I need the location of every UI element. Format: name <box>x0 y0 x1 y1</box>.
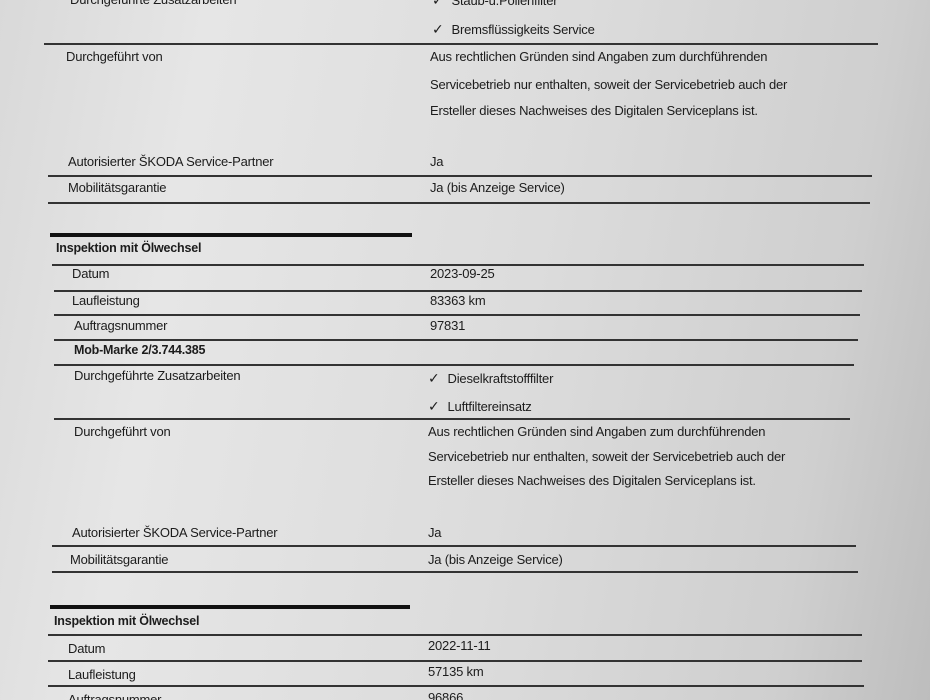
value-laufleistung: 57135 km <box>428 664 484 679</box>
section-rule <box>50 233 412 237</box>
legal-note-line: Aus rechtlichen Gründen sind Angaben zum… <box>428 424 765 439</box>
divider <box>54 290 862 292</box>
divider <box>48 202 870 204</box>
label-datum: Datum <box>72 266 109 281</box>
label-mobilitaetsgarantie: Mobilitätsgarantie <box>68 180 166 195</box>
divider <box>48 660 862 662</box>
label-mob-marke: Mob-Marke 2/3.744.385 <box>74 343 205 357</box>
section-title: Inspektion mit Ölwechsel <box>54 614 199 628</box>
legal-note-line: Servicebetrieb nur enthalten, soweit der… <box>430 77 787 92</box>
label-laufleistung: Laufleistung <box>68 667 136 682</box>
label-mobilitaetsgarantie: Mobilitätsgarantie <box>70 552 168 567</box>
label-laufleistung: Laufleistung <box>72 293 140 308</box>
label-zusatzarbeiten: Durchgeführte Zusatzarbeiten <box>74 368 240 383</box>
divider <box>54 418 850 420</box>
work-item: ✓Luftfiltereinsatz <box>428 398 532 415</box>
legal-note-line: Ersteller dieses Nachweises des Digitale… <box>430 103 758 118</box>
legal-note-line: Aus rechtlichen Gründen sind Angaben zum… <box>430 49 767 64</box>
label-service-partner: Autorisierter ŠKODA Service-Partner <box>68 154 273 169</box>
check-icon: ✓ <box>432 0 444 9</box>
work-item: ✓Bremsflüssigkeits Service <box>432 21 595 38</box>
divider <box>54 314 860 316</box>
divider <box>52 571 858 573</box>
divider <box>54 339 858 341</box>
label-durchgefuehrt-von: Durchgeführt von <box>66 49 163 64</box>
check-icon: ✓ <box>432 21 444 38</box>
work-item: ✓Staub-u.Pollenfilter <box>432 0 557 9</box>
section-rule <box>50 605 410 609</box>
value-datum: 2023-09-25 <box>430 266 495 281</box>
value-mobilitaetsgarantie: Ja (bis Anzeige Service) <box>428 552 563 567</box>
check-icon: ✓ <box>428 398 440 415</box>
label-datum: Datum <box>68 641 105 656</box>
service-plan-page: Durchgeführte Zusatzarbeiten ✓Staub-u.Po… <box>0 0 930 700</box>
divider <box>48 175 872 177</box>
divider <box>48 685 864 687</box>
label-auftragsnummer: Auftragsnummer <box>68 692 161 700</box>
divider <box>44 43 878 45</box>
check-icon: ✓ <box>428 370 440 387</box>
value-datum: 2022-11-11 <box>428 638 491 653</box>
value-laufleistung: 83363 km <box>430 293 486 308</box>
label-service-partner: Autorisierter ŠKODA Service-Partner <box>72 525 277 540</box>
divider <box>54 364 854 366</box>
work-item: ✓Dieselkraftstofffilter <box>428 370 553 387</box>
label-auftragsnummer: Auftragsnummer <box>74 318 167 333</box>
value-auftragsnummer: 97831 <box>430 318 465 333</box>
divider <box>52 545 856 547</box>
value-auftragsnummer: 96866 <box>428 690 463 700</box>
value-service-partner: Ja <box>430 154 443 169</box>
value-mobilitaetsgarantie: Ja (bis Anzeige Service) <box>430 180 565 195</box>
legal-note-line: Servicebetrieb nur enthalten, soweit der… <box>428 449 785 464</box>
divider <box>48 634 862 636</box>
label-durchgefuehrt-von: Durchgeführt von <box>74 424 171 439</box>
value-service-partner: Ja <box>428 525 441 540</box>
legal-note-line: Ersteller dieses Nachweises des Digitale… <box>428 473 756 488</box>
label-zusatzarbeiten: Durchgeführte Zusatzarbeiten <box>70 0 236 7</box>
section-title: Inspektion mit Ölwechsel <box>56 241 201 255</box>
